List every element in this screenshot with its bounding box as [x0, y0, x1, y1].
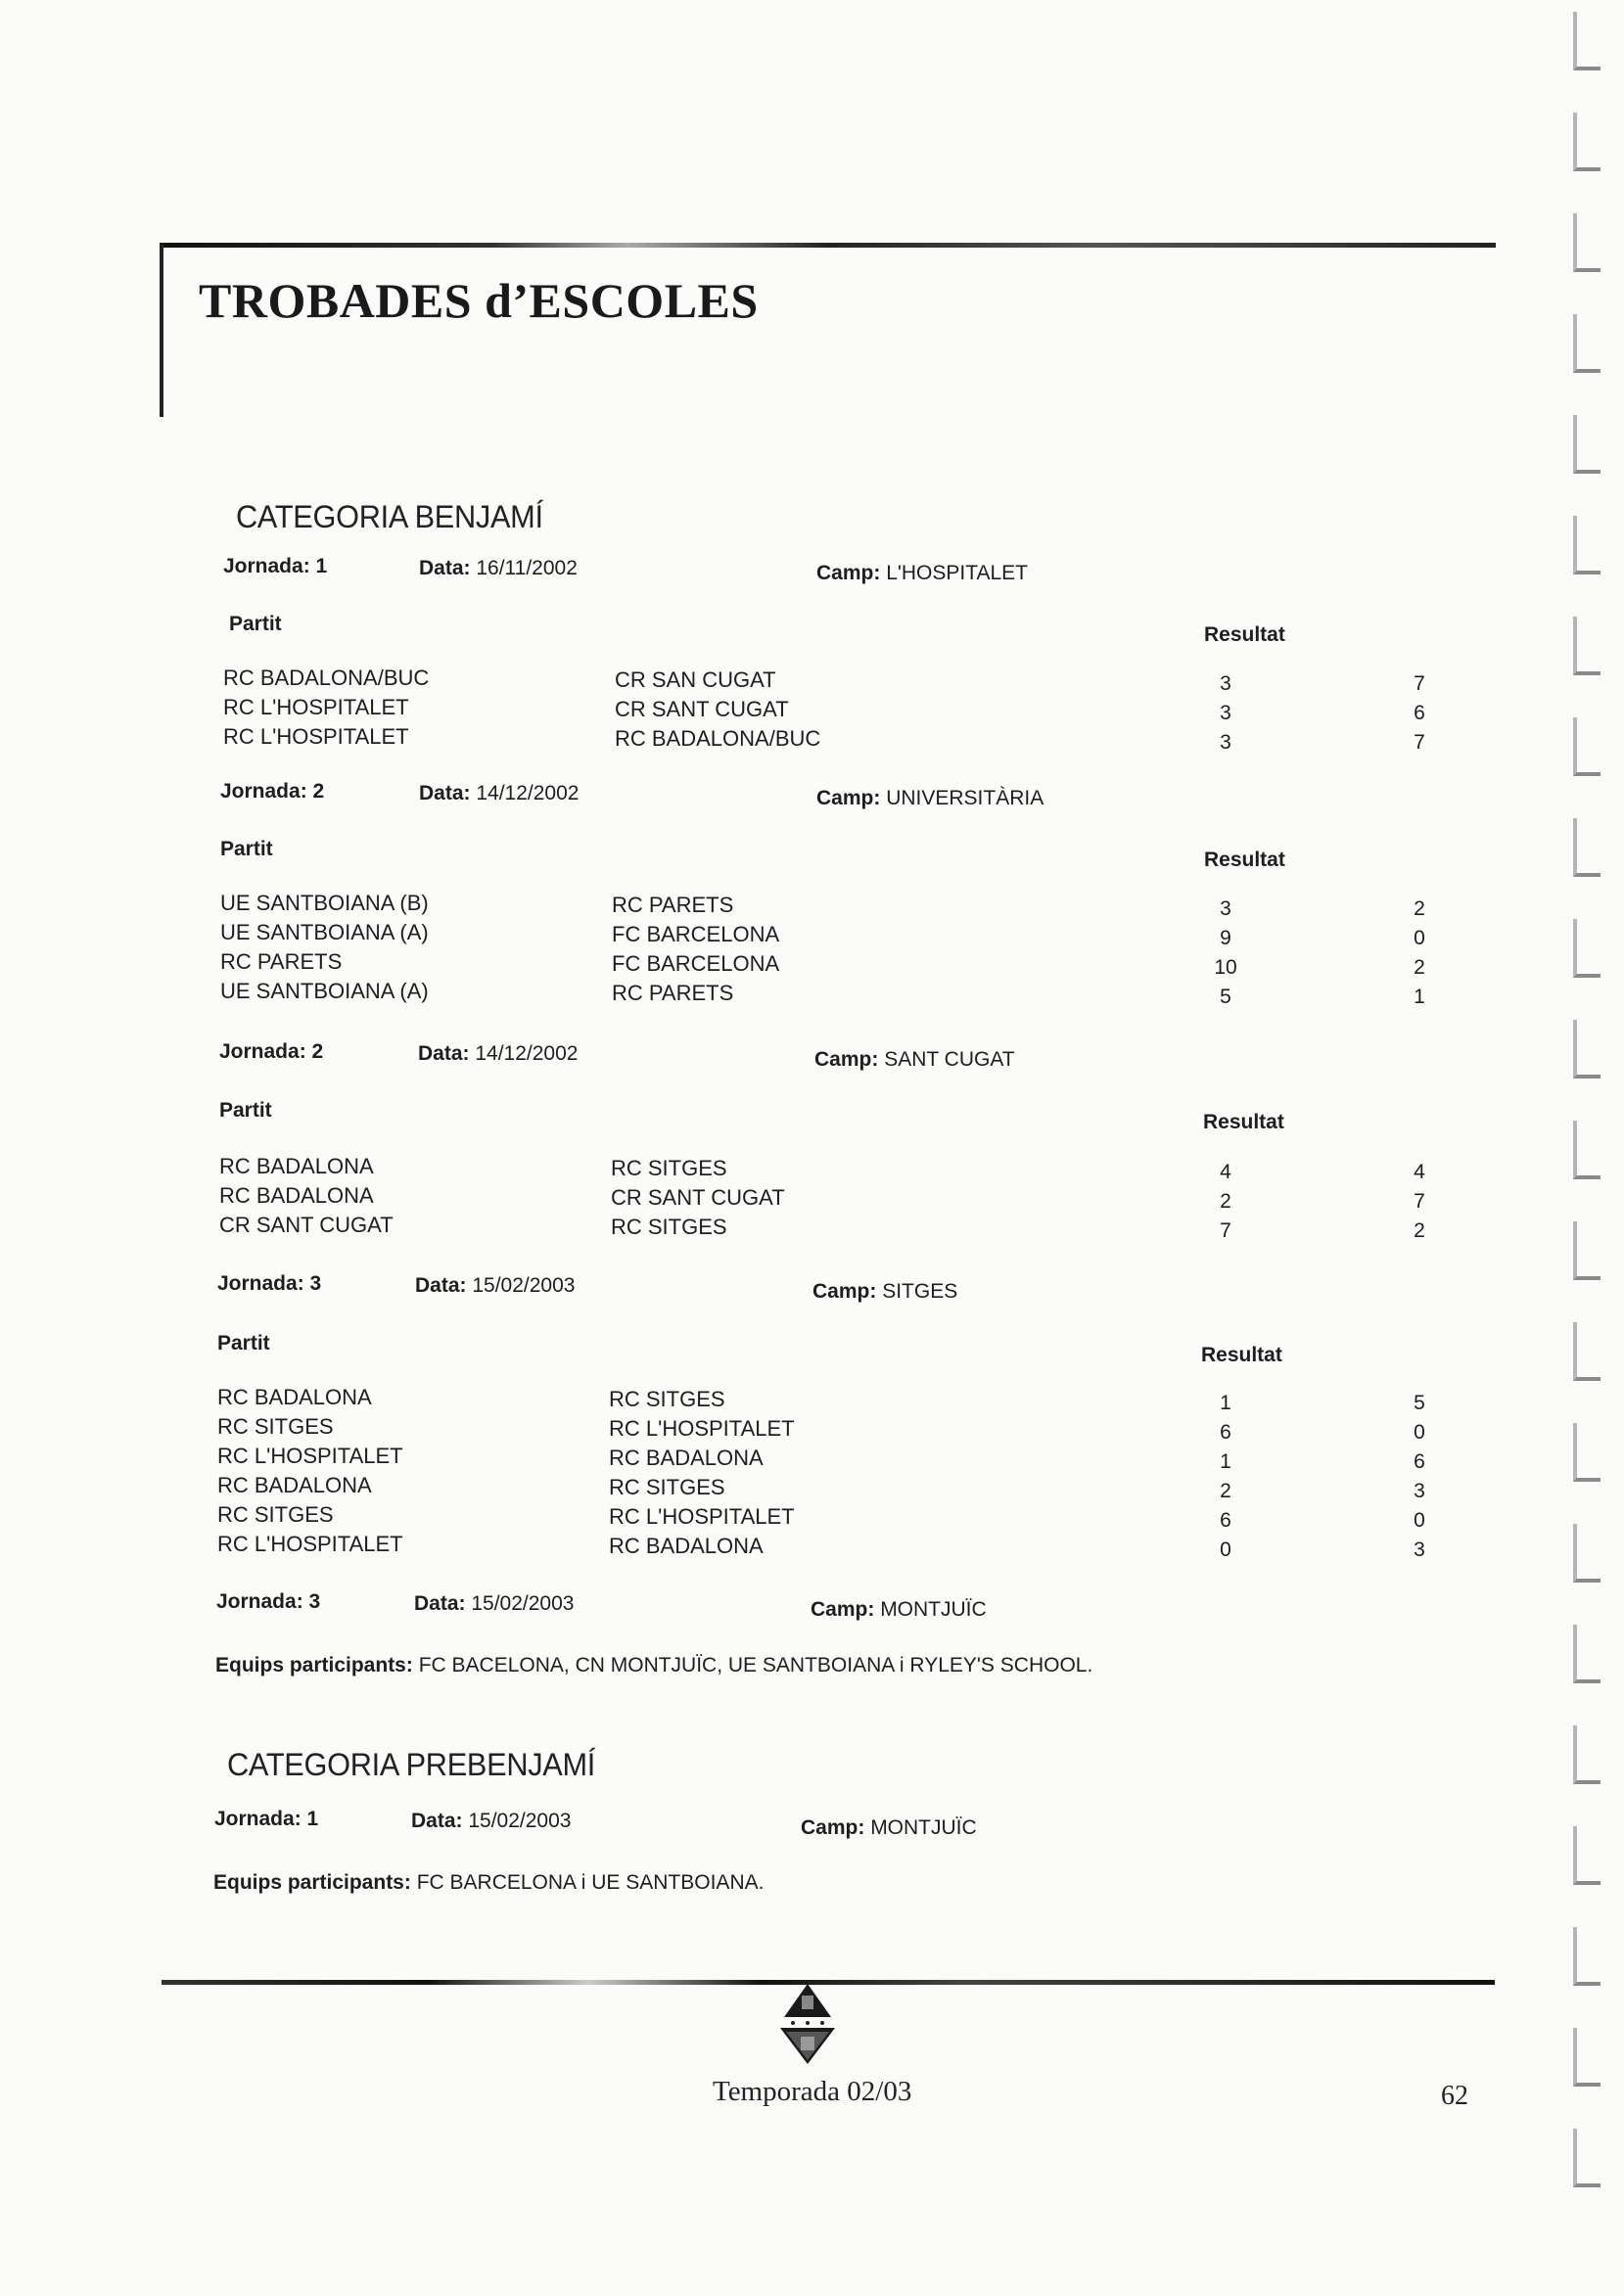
- binder-ring-mark: [1573, 717, 1601, 776]
- home-team: UE SANTBOIANA (A): [220, 977, 429, 1006]
- binder-ring-mark: [1573, 1524, 1601, 1583]
- home-team: RC BADALONA/BUC: [223, 664, 429, 693]
- away-score: 0: [1400, 1418, 1439, 1447]
- home-team: RC BADALONA: [219, 1181, 374, 1211]
- away-score: 3: [1400, 1536, 1439, 1565]
- binder-ring-mark: [1573, 617, 1601, 675]
- home-score: 9: [1206, 924, 1245, 953]
- away-team: CR SAN CUGAT: [615, 666, 776, 695]
- away-team: RC L'HOSPITALET: [609, 1502, 795, 1532]
- away-team: RC PARETS: [612, 979, 733, 1008]
- resultat-label: Resultat: [1204, 623, 1285, 647]
- club-crest-diamond-icon: [778, 1982, 837, 2065]
- away-team: RC SITGES: [609, 1385, 725, 1414]
- footer-season: Temporada 02/03: [713, 2076, 911, 2108]
- home-score: 1: [1206, 1447, 1245, 1477]
- page-number: 62: [1441, 2081, 1468, 2112]
- binder-ring-mark: [1573, 213, 1601, 272]
- away-score: 0: [1400, 924, 1439, 953]
- venue-field: Camp: L'HOSPITALET: [816, 562, 1028, 585]
- date-field: Data: 14/12/2002: [419, 782, 579, 805]
- category-heading: CATEGORIA PREBENJAMÍ: [227, 1747, 595, 1783]
- away-team: CR SANT CUGAT: [615, 695, 789, 724]
- home-score: 5: [1206, 983, 1245, 1012]
- away-score: 1: [1400, 983, 1439, 1012]
- home-score: 1: [1206, 1389, 1245, 1418]
- partit-label: Partit: [220, 838, 273, 861]
- binder-ring-mark: [1573, 415, 1601, 474]
- away-team: RC SITGES: [609, 1473, 725, 1502]
- category-heading: CATEGORIA BENJAMÍ: [236, 499, 543, 535]
- away-score: 7: [1400, 728, 1439, 758]
- away-score: 0: [1400, 1506, 1439, 1536]
- jornada-field: Jornada: 1: [223, 555, 327, 578]
- jornada-field: Jornada: 2: [219, 1040, 323, 1064]
- page-title: TROBADES d’ESCOLES: [199, 272, 759, 329]
- away-team: RC BADALONA: [609, 1532, 764, 1561]
- binder-ring-mark: [1573, 1725, 1601, 1784]
- away-team: FC BARCELONA: [612, 949, 779, 979]
- home-team: RC BADALONA: [219, 1152, 374, 1181]
- home-score: 6: [1206, 1506, 1245, 1536]
- binder-ring-mark: [1573, 314, 1601, 373]
- away-team: RC PARETS: [612, 891, 733, 920]
- venue-field: Camp: UNIVERSITÀRIA: [816, 787, 1044, 810]
- home-score: 0: [1206, 1536, 1245, 1565]
- binder-ring-mark: [1573, 113, 1601, 171]
- date-field: Data: 16/11/2002: [419, 557, 578, 580]
- jornada-field: Jornada: 2: [220, 780, 324, 804]
- home-team: CR SANT CUGAT: [219, 1211, 394, 1240]
- home-team: RC SITGES: [217, 1500, 334, 1530]
- jornada-field: Jornada: 1: [214, 1808, 318, 1831]
- binder-ring-mark: [1573, 1826, 1601, 1885]
- away-team: RC L'HOSPITALET: [609, 1414, 795, 1444]
- away-score: 4: [1400, 1158, 1439, 1187]
- binder-ring-mark: [1573, 1221, 1601, 1280]
- away-score: 2: [1400, 953, 1439, 983]
- home-team: UE SANTBOIANA (B): [220, 889, 429, 918]
- partit-label: Partit: [219, 1099, 272, 1123]
- home-team: RC L'HOSPITALET: [217, 1530, 403, 1559]
- away-score: 7: [1400, 669, 1439, 699]
- binder-ring-mark: [1573, 1020, 1601, 1079]
- binder-ring-mark: [1573, 1927, 1601, 1986]
- home-score: 2: [1206, 1187, 1245, 1217]
- home-score: 6: [1206, 1418, 1245, 1447]
- home-team: RC BADALONA: [217, 1383, 372, 1412]
- binder-ring-mark: [1573, 2129, 1601, 2187]
- away-score: 5: [1400, 1389, 1439, 1418]
- home-score: 3: [1206, 895, 1245, 924]
- home-score: 10: [1206, 953, 1245, 983]
- binder-ring-mark: [1573, 1423, 1601, 1482]
- away-score: 6: [1400, 1447, 1439, 1477]
- partit-label: Partit: [229, 613, 282, 636]
- home-score: 3: [1206, 699, 1245, 728]
- jornada-field: Jornada: 3: [216, 1590, 320, 1614]
- binder-ring-mark: [1573, 1121, 1601, 1179]
- away-team: RC BADALONA/BUC: [615, 724, 820, 754]
- partit-label: Partit: [217, 1332, 270, 1355]
- date-field: Data: 14/12/2002: [418, 1042, 578, 1066]
- home-team: RC BADALONA: [217, 1471, 372, 1500]
- away-team: RC BADALONA: [609, 1444, 764, 1473]
- jornada-field: Jornada: 3: [217, 1272, 321, 1296]
- home-score: 2: [1206, 1477, 1245, 1506]
- away-score: 2: [1400, 895, 1439, 924]
- away-team: FC BARCELONA: [612, 920, 779, 949]
- venue-field: Camp: MONTJUÏC: [811, 1598, 987, 1622]
- binder-ring-mark: [1573, 516, 1601, 574]
- binder-ring-mark: [1573, 2028, 1601, 2087]
- home-score: 3: [1206, 728, 1245, 758]
- header-left-rule: [160, 245, 163, 417]
- home-team: RC SITGES: [217, 1412, 334, 1442]
- venue-field: Camp: MONTJUÏC: [801, 1816, 977, 1840]
- resultat-label: Resultat: [1201, 1344, 1282, 1367]
- venue-field: Camp: SANT CUGAT: [814, 1048, 1015, 1072]
- binder-ring-mark: [1573, 12, 1601, 70]
- header-top-rule: [160, 243, 1496, 248]
- binder-ring-mark: [1573, 919, 1601, 978]
- away-team: RC SITGES: [611, 1154, 727, 1183]
- home-score: 4: [1206, 1158, 1245, 1187]
- resultat-label: Resultat: [1203, 1111, 1284, 1134]
- venue-field: Camp: SITGES: [812, 1280, 957, 1304]
- participants-line: Equips participants: FC BACELONA, CN MON…: [215, 1654, 1092, 1677]
- away-score: 7: [1400, 1187, 1439, 1217]
- date-field: Data: 15/02/2003: [411, 1810, 571, 1833]
- binder-ring-mark: [1573, 818, 1601, 877]
- home-team: RC L'HOSPITALET: [217, 1442, 403, 1471]
- home-score: 3: [1206, 669, 1245, 699]
- resultat-label: Resultat: [1204, 849, 1285, 872]
- binder-ring-mark: [1573, 1625, 1601, 1683]
- home-team: RC L'HOSPITALET: [223, 693, 409, 722]
- away-team: RC SITGES: [611, 1213, 727, 1242]
- home-team: RC PARETS: [220, 947, 342, 977]
- participants-line: Equips participants: FC BARCELONA i UE S…: [213, 1871, 764, 1895]
- date-field: Data: 15/02/2003: [414, 1592, 574, 1616]
- binder-ring-mark: [1573, 1322, 1601, 1381]
- away-score: 2: [1400, 1217, 1439, 1246]
- home-score: 7: [1206, 1217, 1245, 1246]
- away-score: 3: [1400, 1477, 1439, 1506]
- date-field: Data: 15/02/2003: [415, 1274, 575, 1298]
- away-score: 6: [1400, 699, 1439, 728]
- home-team: RC L'HOSPITALET: [223, 722, 409, 752]
- away-team: CR SANT CUGAT: [611, 1183, 785, 1213]
- home-team: UE SANTBOIANA (A): [220, 918, 429, 947]
